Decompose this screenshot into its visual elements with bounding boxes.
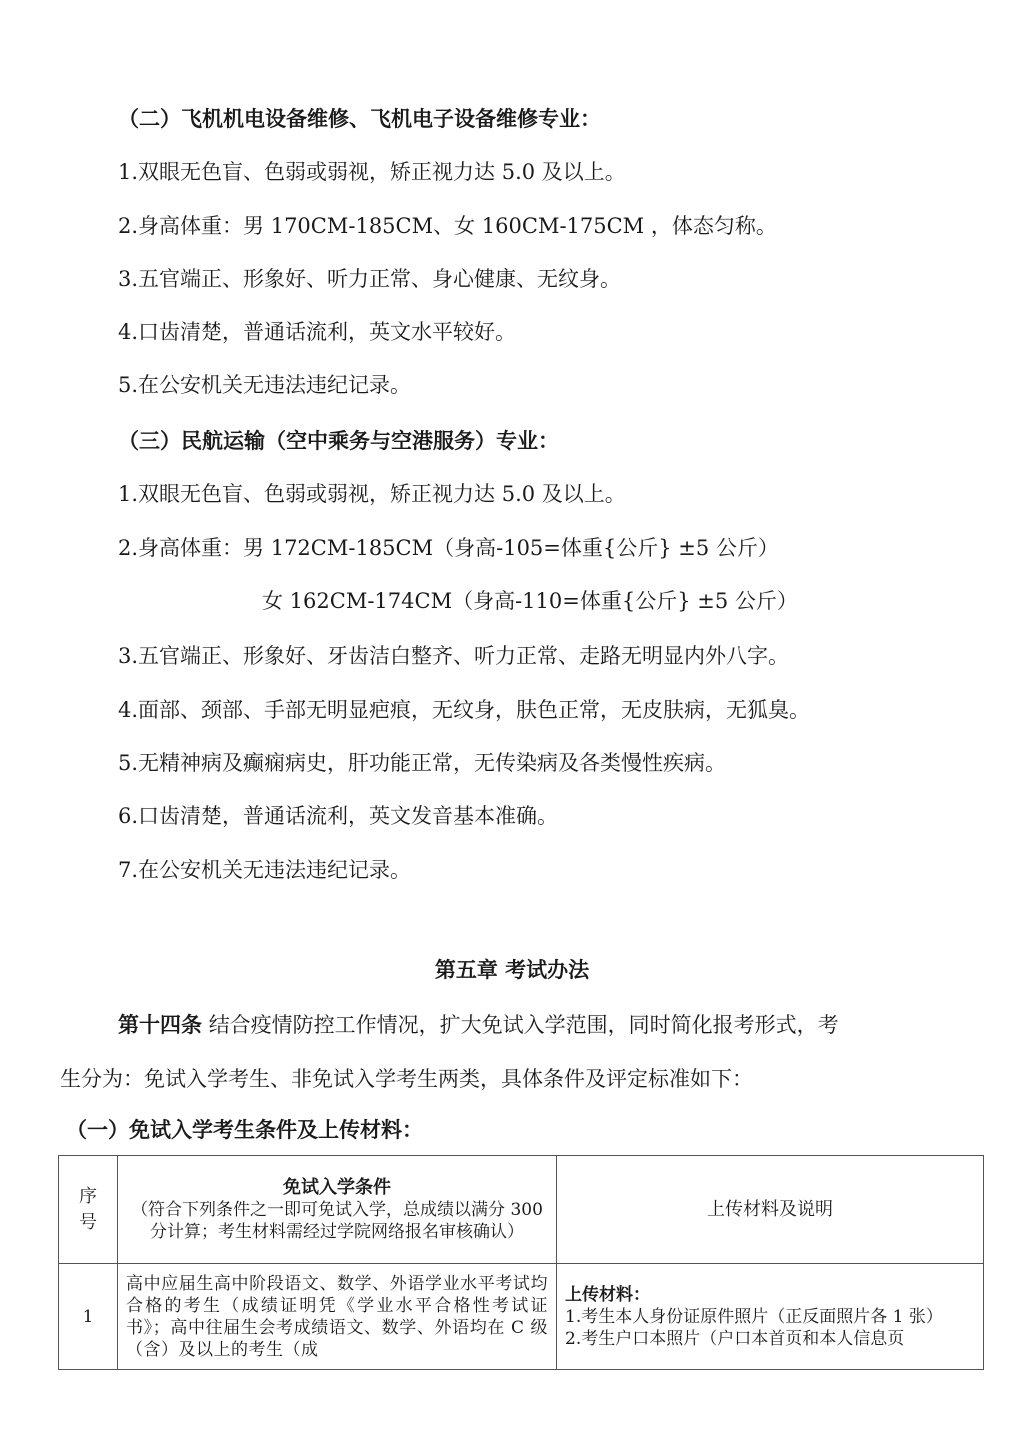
- article-label: 第十四条: [118, 1013, 202, 1037]
- requirement-item: 5.在公安机关无违法违纪记录。: [118, 372, 411, 398]
- chapter-title: 第五章 考试办法: [0, 957, 1024, 983]
- requirement-item: 7.在公安机关无违法违纪记录。: [118, 857, 411, 883]
- article-14-line1: 第十四条 结合疫情防控工作情况，扩大免试入学范围，同时简化报考形式，考: [118, 1012, 839, 1038]
- table-row: 1 高中应届生高中阶段语文、数学、外语学业水平考试均合格的考生（成绩证明凭《学业…: [59, 1264, 984, 1370]
- requirement-item: 3.五官端正、形象好、牙齿洁白整齐、听力正常、走路无明显内外八字。: [118, 643, 789, 669]
- upload-label: 上传材料：: [565, 1284, 975, 1306]
- table-header-row: 序号 免试入学条件 （符合下列条件之一即可免试入学，总成绩以满分 300 分计算…: [59, 1156, 984, 1264]
- header-upload: 上传材料及说明: [557, 1156, 984, 1264]
- header-conditions: 免试入学条件 （符合下列条件之一即可免试入学，总成绩以满分 300 分计算；考生…: [118, 1156, 557, 1264]
- upload-item: 2.考生户口本照片（户口本首页和本人信息页: [565, 1328, 975, 1350]
- row-index: 1: [59, 1264, 118, 1370]
- requirement-item: 5.无精神病及癫痫病史，肝功能正常，无传染病及各类慢性疾病。: [118, 750, 726, 776]
- requirement-item: 4.面部、颈部、手部无明显疤痕，无纹身，肤色正常，无皮肤病，无狐臭。: [118, 697, 810, 723]
- requirement-item: 6.口齿清楚，普通话流利，英文发音基本准确。: [118, 803, 558, 829]
- upload-item: 1.考生本人身份证原件照片（正反面照片各 1 张）: [565, 1306, 975, 1328]
- exempt-conditions-table: 序号 免试入学条件 （符合下列条件之一即可免试入学，总成绩以满分 300 分计算…: [58, 1155, 984, 1370]
- requirement-item: 4.口齿清楚，普通话流利，英文水平较好。: [118, 319, 516, 345]
- header-index-label: 序号: [77, 1184, 99, 1236]
- section-heading-aircraft-maintenance: （二）飞机机电设备维修、飞机电子设备维修专业：: [118, 106, 601, 132]
- section-heading-civil-aviation: （三）民航运输（空中乘务与空港服务）专业：: [118, 428, 559, 454]
- header-index: 序号: [59, 1156, 118, 1264]
- row-condition: 高中应届生高中阶段语文、数学、外语学业水平考试均合格的考生（成绩证明凭《学业水平…: [118, 1264, 557, 1370]
- header-conditions-note: （符合下列条件之一即可免试入学，总成绩以满分 300 分计算；考生材料需经过学院…: [126, 1199, 548, 1243]
- requirement-item: 2.身高体重：男 172CM-185CM（身高-105=体重{公斤} ±5 公斤…: [118, 535, 779, 561]
- header-conditions-title: 免试入学条件: [126, 1177, 548, 1199]
- article-14-line2: 生分为：免试入学考生、非免试入学考生两类，具体条件及评定标准如下：: [60, 1066, 753, 1092]
- subsection-heading-exempt: （一）免试入学考生条件及上传材料：: [66, 1117, 423, 1143]
- article-text: 结合疫情防控工作情况，扩大免试入学范围，同时简化报考形式，考: [209, 1013, 839, 1037]
- requirement-item: 1.双眼无色盲、色弱或弱视，矫正视力达 5.0 及以上。: [118, 481, 626, 507]
- requirement-item: 1.双眼无色盲、色弱或弱视，矫正视力达 5.0 及以上。: [118, 159, 626, 185]
- requirement-item-continuation: 女 162CM-174CM（身高-110=体重{公斤} ±5 公斤）: [262, 588, 798, 614]
- requirement-item: 3.五官端正、形象好、听力正常、身心健康、无纹身。: [118, 266, 621, 292]
- requirement-item: 2.身高体重：男 170CM-185CM、女 160CM-175CM ，体态匀称…: [118, 213, 777, 239]
- row-upload: 上传材料： 1.考生本人身份证原件照片（正反面照片各 1 张） 2.考生户口本照…: [557, 1264, 984, 1370]
